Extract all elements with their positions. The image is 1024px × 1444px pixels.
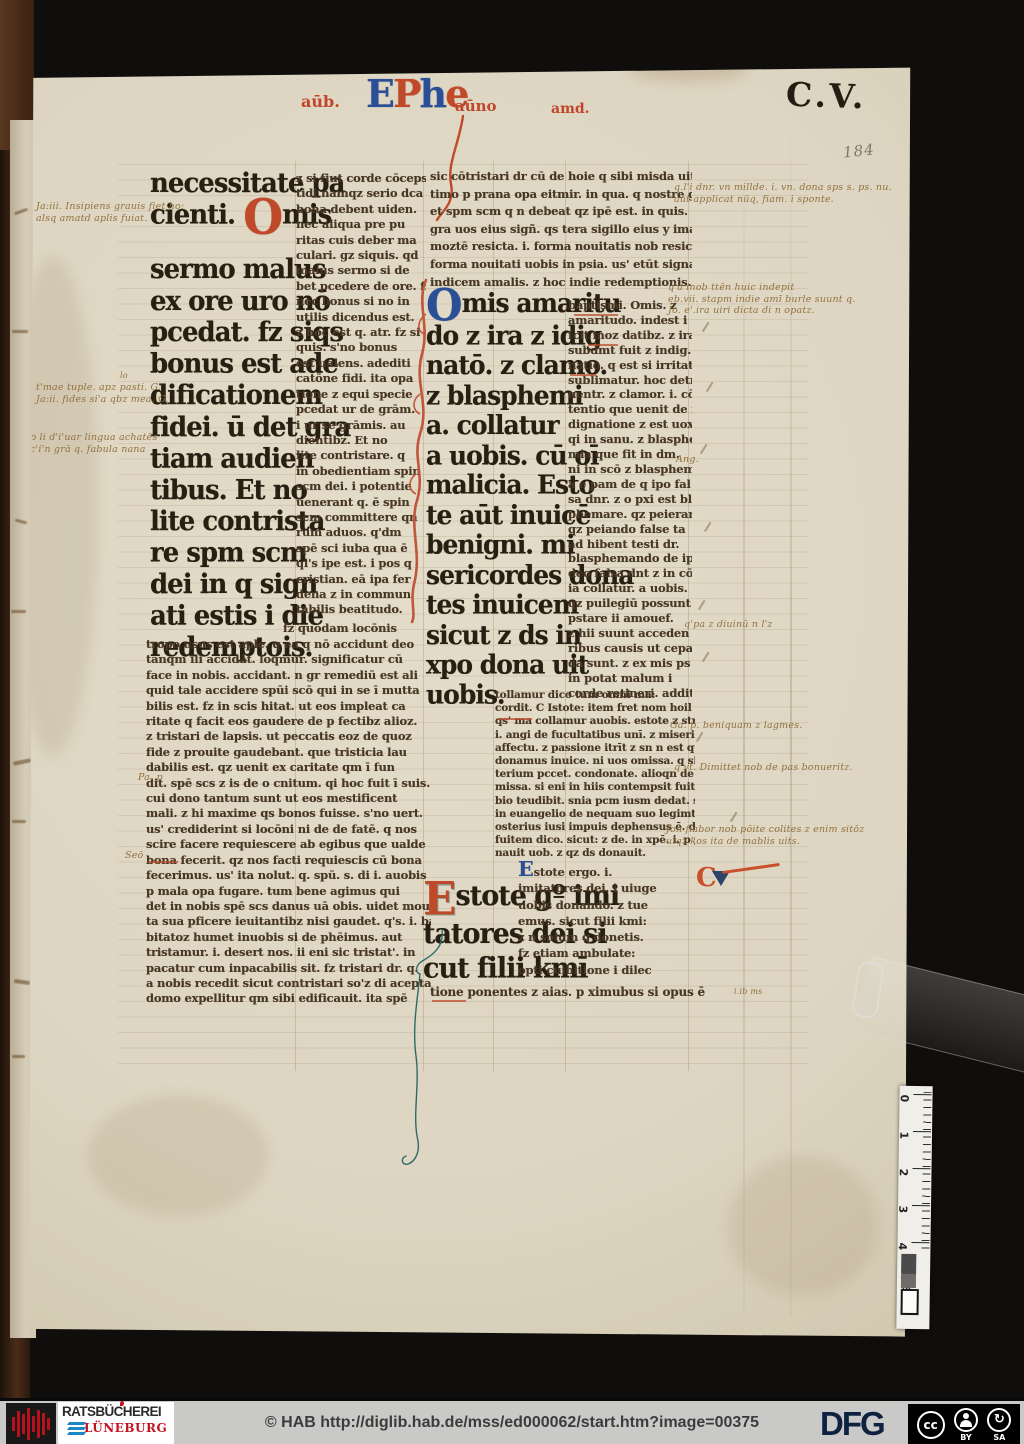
wave-icon bbox=[67, 1427, 86, 1430]
text-line: da sunt. z ex mis ps bbox=[568, 656, 692, 671]
text-line: t'mae tuple. apz pasti. G. bbox=[36, 382, 169, 394]
rubric-underline bbox=[574, 314, 618, 316]
text-line: q'a inob ttēn huic indepit bbox=[668, 282, 856, 294]
margin-note-left: lo bbox=[120, 370, 128, 382]
text-line: donamus inuice. ni uos omissa. q si alt'… bbox=[495, 755, 695, 768]
text-line: tentio que uenit de in bbox=[568, 402, 692, 417]
text-line: dit. spē scs z is de o cnitum. qi hoc fu… bbox=[146, 776, 431, 791]
text-line: emus. sicut filii kmi: bbox=[518, 913, 708, 929]
margin-siglum: i.ib ms bbox=[734, 986, 762, 998]
text-line: aut applicat nūq, fiam. i sponte. bbox=[674, 194, 892, 206]
text-line: nec aliqua pre pu bbox=[296, 217, 426, 232]
ruler-number: 3 bbox=[896, 1205, 909, 1213]
text-line: ritate q facit eos gaudere de p fectibz … bbox=[146, 714, 431, 729]
text-line: p li d'i'uar lingua achatēs bbox=[30, 432, 157, 444]
wave-icon bbox=[67, 1432, 86, 1435]
running-title-mid: aūno bbox=[455, 97, 497, 115]
text-line: qi in sanu. z blasphe bbox=[568, 432, 692, 447]
cc-by-icon bbox=[954, 1408, 978, 1432]
text-line: qz puilegiū possunt bbox=[568, 596, 692, 611]
text-line: xpo dona uit bbox=[426, 650, 578, 680]
initial-o-red: O bbox=[243, 189, 282, 246]
pen-flourish-green bbox=[378, 926, 448, 1176]
text-line: quid tale accidere spūi scō qui in se ī … bbox=[146, 683, 431, 698]
copyright-url: © HAB http://diglib.hab.de/mss/ed000062/… bbox=[265, 1414, 759, 1432]
text-line: fz etiam ambulate: bbox=[518, 945, 708, 961]
text-line: timo p prana opa eitmir. in qua. q nostr… bbox=[430, 186, 692, 204]
text-line: et spm scm q n debeat qz ipē est. in qui… bbox=[430, 203, 692, 221]
rubric-underline bbox=[432, 1000, 466, 1002]
photo-stage: aūb. EPhe aūno amd. C.V. 184 necessitate… bbox=[0, 0, 1024, 1444]
cc-license-badge: cc BY ↻ SA bbox=[908, 1404, 1020, 1444]
text-line: c'i'n grā q. fabula nana bbox=[30, 444, 157, 456]
stain bbox=[628, 56, 748, 82]
text-line: mali. z hi maxime qs bonos fuisse. s'no … bbox=[146, 806, 431, 821]
text-line: culari. gz siquis. qd bbox=[296, 248, 426, 263]
running-title-ephe: EPhe bbox=[366, 71, 467, 116]
text-line: a uobis. cū oī bbox=[426, 441, 578, 471]
ruler-major-tick bbox=[912, 1205, 930, 1207]
text-line: cui dono tantum sunt ut eos mestificent bbox=[146, 791, 431, 806]
cc-icon: cc bbox=[917, 1411, 945, 1439]
running-title-right: amd. bbox=[551, 101, 590, 117]
text-line: missa. si eni in hiis contempsit fuit: s… bbox=[495, 781, 695, 794]
text-line: deo falsa dnt z in cō bbox=[568, 566, 692, 581]
text-line: sicut z ds in bbox=[426, 620, 578, 650]
margin-note-right: q.l'i dnr. vn millde. i. vn. dona sps s.… bbox=[674, 182, 892, 205]
text-line: Ja:iii. Insipiens grauis fiet ho: bbox=[36, 201, 184, 213]
text-line: fuitem dico. sicut: z de. in xpē. i. p p… bbox=[495, 834, 695, 847]
margin-note-right: q'pa z diuinū n l'z bbox=[684, 619, 773, 631]
quire-mark: C bbox=[696, 861, 786, 901]
ruler-major-tick bbox=[914, 1094, 932, 1096]
text-line: uobis donando. z tue bbox=[518, 897, 708, 913]
rubric-underline bbox=[148, 861, 178, 863]
margin-note-left: p li d'i'uar lingua achatēsc'i'n grā q. … bbox=[30, 432, 157, 455]
quire-letter-v bbox=[712, 871, 730, 886]
gray-patch-white bbox=[901, 1289, 919, 1315]
ruler-ticks bbox=[921, 1092, 931, 1250]
text-line: natio. q est si irritat bbox=[568, 358, 692, 373]
lemma-column-2: Omis amaritu do z ira z idignatō. z clam… bbox=[426, 289, 578, 710]
text-line: opti cuibitione i dilec bbox=[518, 962, 708, 978]
text-line: te aūt inuicē bbox=[426, 501, 578, 531]
ruler-major-tick bbox=[913, 1131, 931, 1133]
text-line: Estote ergo. i. bbox=[518, 861, 708, 880]
ruler-major-tick bbox=[911, 1242, 929, 1244]
text-line: bilis est. fz in scis hitat. ut eos impl… bbox=[146, 699, 431, 714]
margin-note-left: Ja:iii. Insipiens grauis fiet ho:alsq am… bbox=[36, 201, 184, 224]
margin-siglum: Pa. p bbox=[138, 772, 163, 784]
text-line: affectu. z passione itrīt z sn n est qui… bbox=[495, 742, 695, 755]
person-body bbox=[960, 1420, 972, 1427]
text-line: forma nouitati uobis in psia. us' etūt s… bbox=[430, 256, 692, 274]
text-line: phemare. qz peierare. bbox=[568, 507, 692, 522]
rubric-underline bbox=[498, 718, 532, 720]
text-line: uentr. z clamor. i. cō bbox=[568, 387, 692, 402]
text-line: dignatione z est uox bbox=[568, 417, 692, 432]
title-letter: E bbox=[366, 71, 393, 116]
rubric-underline bbox=[588, 344, 618, 346]
text-line: blasphemando de ipo bbox=[568, 551, 692, 566]
ruler-number: 2 bbox=[897, 1168, 910, 1176]
text-line: terium pccet. condonate. alioqn de reptu… bbox=[495, 768, 695, 781]
text-line: face in nobis. accidant. n gr remediū es… bbox=[146, 668, 431, 683]
library-name: RATSBÜCHEREI bbox=[62, 1404, 170, 1419]
text-line: z si fiut corde cōceps. bbox=[296, 171, 426, 186]
text-line: fecerimus. us' ita nolut. q. spū. s. di … bbox=[146, 868, 431, 883]
cc-by-label: BY bbox=[960, 1433, 971, 1442]
margin-note-right: Jon fiabor nob pōite colites z enim sitō… bbox=[666, 824, 864, 847]
text-line: osterius iusi impuis dephensus ē. den qi… bbox=[495, 821, 695, 834]
margin-note-right: Ga. p. beniquam z lagmes. bbox=[670, 720, 803, 732]
red-dot bbox=[120, 1401, 124, 1406]
text-line: z hii suunt acceden bbox=[568, 626, 692, 641]
lemma-line-initial: Omis amaritu bbox=[426, 289, 578, 321]
text-line: alsq amatd aplis fuiat. bbox=[36, 213, 184, 225]
text-line: fcit moz datibz. z ira s. bbox=[568, 328, 692, 343]
wave-icon bbox=[67, 1422, 86, 1425]
text-line: Jo. e'.ira uiri dicta di n opatz. bbox=[668, 305, 856, 317]
text-line: do z ira z idig bbox=[426, 321, 578, 351]
cc-sa-label: SA bbox=[993, 1433, 1005, 1442]
text-line: sa dnr. z o pxi est blas bbox=[568, 492, 692, 507]
ruler-number: 0 bbox=[898, 1094, 911, 1102]
text-line: ia collatur. a uobis. bbox=[568, 581, 692, 596]
text-line: qz peiando false ta bbox=[568, 522, 692, 537]
quire-swash bbox=[722, 863, 780, 874]
text-line: malicia. Esto bbox=[426, 471, 578, 501]
person-head bbox=[963, 1413, 969, 1419]
text-line: p mala opa fugare. tum bene agimus qui bbox=[146, 884, 431, 899]
ruler-major-tick bbox=[913, 1168, 931, 1170]
text-line: cordit. C Istote: item fret nom hoil ne … bbox=[495, 702, 695, 715]
text-line: tes inuicem bbox=[426, 590, 578, 620]
gloss-estote-block: Estote ergo. i.imitatores dei. i uiugeuo… bbox=[518, 861, 708, 978]
text-line: uiqz kos ita de mablis uits. bbox=[666, 836, 864, 848]
library-bars-logo bbox=[6, 1403, 56, 1444]
text-line: ni in scō z blasphemi bbox=[568, 462, 692, 477]
text-line: bio teudibit. snia pcm iusm dedat. sicut bbox=[495, 795, 695, 808]
margin-siglum: Ang. bbox=[676, 454, 699, 466]
margin-siglum: Seō bbox=[125, 850, 143, 862]
gray-patch-dark bbox=[901, 1254, 916, 1274]
manuscript-page: aūb. EPhe aūno amd. C.V. 184 necessitate… bbox=[28, 56, 912, 1343]
gray-patch-mid bbox=[901, 1274, 916, 1288]
gloss-center-block: tollamur dico tum omni ma:cordit. C Isto… bbox=[495, 689, 695, 861]
text-line: benigni. mi bbox=[426, 531, 578, 561]
gloss-right-column: baptismi. Omis. zamaritudo. indest ifcit… bbox=[568, 298, 692, 700]
text-line: bona debent uiden. bbox=[296, 202, 426, 217]
text-line: tropo usus est aple. q ea q nō accidunt … bbox=[146, 637, 431, 652]
text-line: Jon fiabor nob pōite colites z enim sitō… bbox=[666, 824, 864, 836]
margin-note-left: t'mae tuple. apz pasti. G.Ja:ii. fides s… bbox=[36, 382, 169, 405]
text-line: i. angi de fucultatibus unī. z misericor… bbox=[495, 729, 695, 742]
text-line: gra uos eius sigñ. qs tera sigillo eius … bbox=[430, 221, 692, 239]
gloss-lower-intro: fz quodam locōnis bbox=[283, 621, 428, 636]
text-line: bona fecerit. qz nos facti requiescis cū… bbox=[146, 853, 431, 868]
text-line: Ja:ii. fides si'a qbz mea. G. bbox=[36, 394, 169, 406]
text-line: sic cōtristari dr cū de hoie q sibi misd… bbox=[430, 168, 692, 186]
dfg-logo: DFG bbox=[820, 1405, 884, 1443]
text-line: mia que fit in dm. bbox=[568, 447, 692, 462]
margin-note-right: q vt. Dimittet nob de pas bonueritz. bbox=[674, 762, 853, 774]
text-line: nauit uob. z qz ds donauit. bbox=[495, 847, 695, 860]
text-line: imitatores dei. i uiuge bbox=[518, 880, 708, 896]
margin-note-right: q'a inob ttēn huic indepiteb.vii. stapm … bbox=[668, 282, 856, 317]
folio-number-pencil: 184 bbox=[842, 140, 875, 161]
text-line: us' crediderint si locōni ni de de fatē.… bbox=[146, 822, 431, 837]
text-line: scire facere requiescere ab egibus que u… bbox=[146, 837, 431, 852]
title-letter: P bbox=[393, 71, 420, 116]
page-number-roman: C.V. bbox=[785, 75, 867, 117]
text-line: subdmt fuit z indig. bbox=[568, 343, 692, 358]
text-line: fide z prouite gaudebant. que tristicia … bbox=[146, 745, 431, 760]
ruler-number: 1 bbox=[897, 1131, 910, 1139]
text-line: ribus causis ut cepa bbox=[568, 641, 692, 656]
footer-bar: RATSBÜCHEREI LÜNEBURG © HAB http://digli… bbox=[0, 1398, 1024, 1444]
text-line: eb.vii. stapm indie amī burle suunt q. bbox=[668, 294, 856, 306]
running-title-left: aūb. bbox=[301, 92, 340, 111]
text-line: natō. z clamo. bbox=[426, 351, 578, 381]
text-line: sericordes dona bbox=[426, 560, 578, 590]
text-line: a. collatur bbox=[426, 411, 578, 441]
text-line: tollamur dico tum omni ma: bbox=[495, 689, 695, 702]
text-line: ad hibent testi dr. bbox=[568, 537, 692, 552]
text-line: dabilis est. qz uenit ex caritate qm ī f… bbox=[146, 760, 431, 775]
grayscale-ruler: 0 1 2 3 4 Gray Scale bbox=[896, 1086, 932, 1329]
text-line: det in nobis spē scs danus uā obis. uide… bbox=[146, 899, 431, 914]
text-line: moztē resicta. i. forma nouitatis nob re… bbox=[430, 238, 692, 256]
text-line: tanqm ili accidāt. loqmur. significatur … bbox=[146, 652, 431, 667]
library-name-box: RATSBÜCHEREI LÜNEBURG bbox=[58, 1402, 174, 1444]
text-line: z tristari de lapsis. ut peccatis eoz de… bbox=[146, 729, 431, 744]
cc-sa-icon: ↻ bbox=[987, 1408, 1011, 1432]
text-line: q.l'i dnr. vn millde. i. vn. dona sps s.… bbox=[674, 182, 892, 194]
text-line: z blasphemi bbox=[426, 381, 578, 411]
gloss-bottom-line: tione ponentes z aias. p ximubus si opus… bbox=[430, 985, 730, 1000]
ruler-number: 4 bbox=[896, 1242, 909, 1250]
title-letter: h bbox=[420, 71, 446, 116]
text-line: a e pam de q ipo fal bbox=[568, 477, 692, 492]
stain bbox=[728, 1156, 878, 1296]
text-line: pstare ii amouef. bbox=[568, 611, 692, 626]
stain bbox=[88, 1096, 268, 1216]
lemma-lines: do z ira z idignatō. z clamo.z blasphemi… bbox=[426, 321, 578, 710]
text-line: tidi namqz serio dca bbox=[296, 186, 426, 201]
text-line: in potat malum i bbox=[568, 671, 692, 686]
rubric-underline bbox=[570, 374, 596, 376]
text-line: z n solum q donetis. bbox=[518, 929, 708, 945]
library-city: LÜNEBURG bbox=[84, 1421, 167, 1435]
text-line: in euangelio de nequam suo legimt qui in bbox=[495, 808, 695, 821]
gloss-top-right: sic cōtristari dr cū de hoie q sibi misd… bbox=[430, 168, 692, 291]
text-line: ritas cuis deber ma bbox=[296, 233, 426, 248]
